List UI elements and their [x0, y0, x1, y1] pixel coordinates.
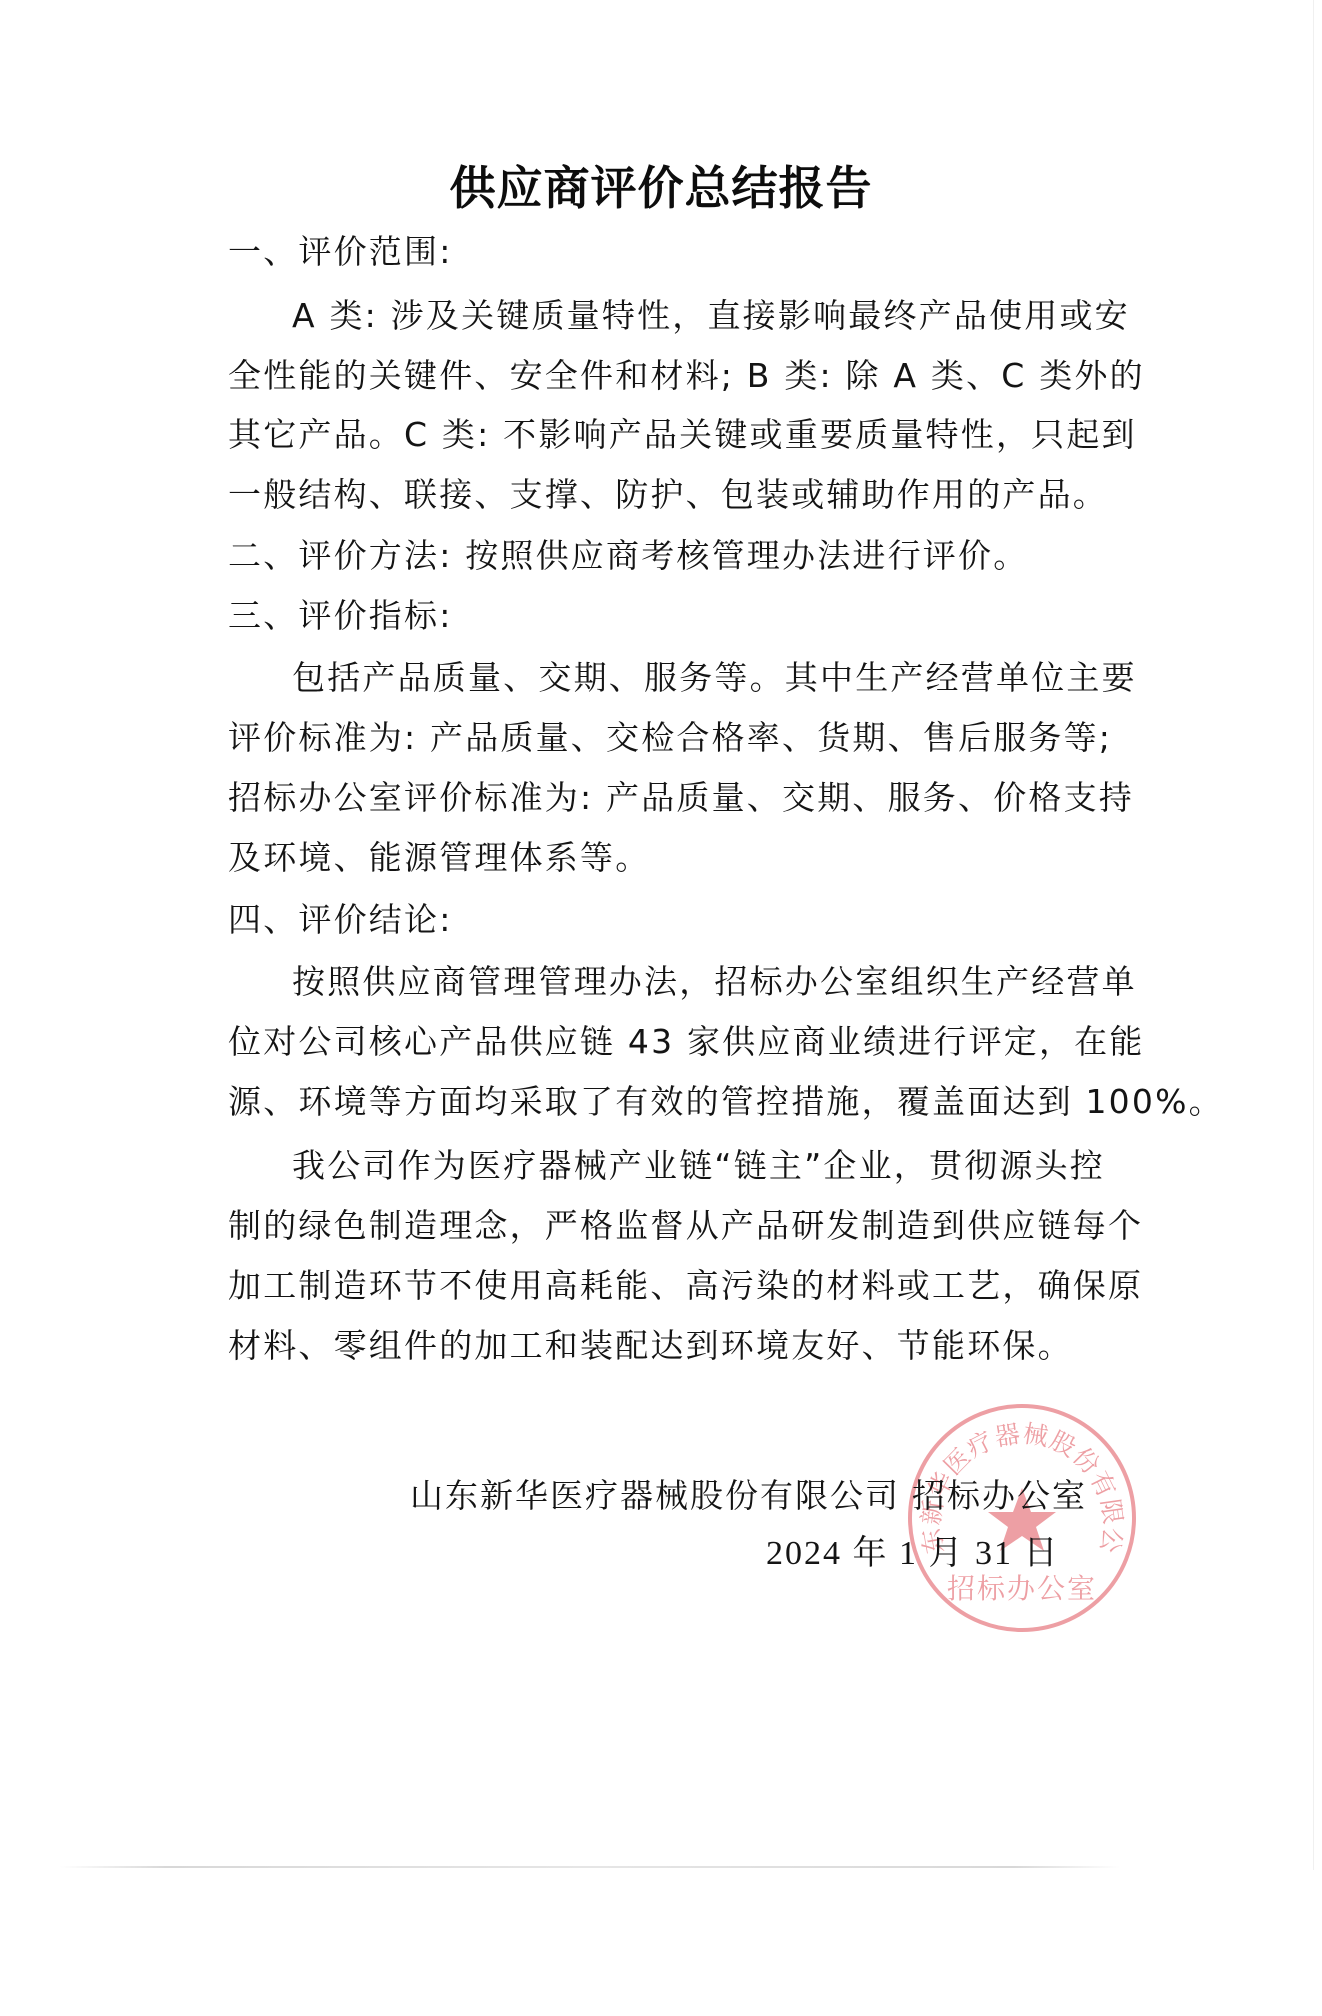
- scope-line-1: A 类: 涉及关键质量特性，直接影响最终产品使用或安: [292, 296, 1130, 336]
- scan-edge: [1313, 0, 1314, 1870]
- document-title: 供应商评价总结报告: [0, 152, 1322, 218]
- section-heading-conclusion: 四、评价结论:: [228, 900, 453, 940]
- stamp-center-text: 招标办公室: [947, 1572, 1097, 1605]
- conclusion-line-6: 加工制造环节不使用高耗能、高污染的材料或工艺，确保原: [228, 1266, 1143, 1306]
- scope-line-3: 其它产品。C 类: 不影响产品关键或重要质量特性，只起到: [228, 415, 1137, 455]
- scope-line-2: 全性能的关键件、安全件和材料; B 类: 除 A 类、C 类外的: [228, 356, 1145, 396]
- conclusion-line-5: 制的绿色制造理念，严格监督从产品研发制造到供应链每个: [228, 1206, 1143, 1246]
- signature-date: 2024 年 1 月 31 日: [766, 1534, 1060, 1574]
- signature-organization: 山东新华医疗器械股份有限公司: [410, 1476, 900, 1516]
- official-seal-stamp: 山东新华医疗器械股份有限公司 招标办公室: [904, 1400, 1140, 1636]
- section-heading-method: 二、评价方法: 按照供应商考核管理办法进行评价。: [228, 536, 1028, 576]
- indicators-line-3: 招标办公室评价标准为: 产品质量、交期、服务、价格支持: [228, 778, 1134, 818]
- conclusion-line-7: 材料、零组件的加工和装配达到环境友好、节能环保。: [228, 1326, 1073, 1366]
- indicators-line-4: 及环境、能源管理体系等。: [228, 838, 650, 878]
- document-page: 供应商评价总结报告 一、评价范围: A 类: 涉及关键质量特性，直接影响最终产品…: [0, 0, 1322, 2016]
- indicators-line-1: 包括产品质量、交期、服务等。其中生产经营单位主要: [292, 658, 1137, 698]
- scope-line-4: 一般结构、联接、支撑、防护、包装或辅助作用的产品。: [228, 475, 1108, 515]
- indicators-line-2: 评价标准为: 产品质量、交检合格率、货期、售后服务等;: [228, 718, 1112, 758]
- conclusion-line-4: 我公司作为医疗器械产业链“链主”企业，贯彻源头控: [292, 1146, 1105, 1186]
- section-heading-indicators: 三、评价指标:: [228, 596, 453, 636]
- signature-department: 招标办公室: [912, 1476, 1087, 1516]
- section-heading-scope: 一、评价范围:: [228, 232, 453, 272]
- scan-artifact-line: [60, 1866, 1120, 1868]
- conclusion-line-1: 按照供应商管理管理办法，招标办公室组织生产经营单: [292, 962, 1137, 1002]
- conclusion-line-2: 位对公司核心产品供应链 43 家供应商业绩进行评定，在能: [228, 1022, 1145, 1062]
- conclusion-line-3: 源、环境等方面均采取了有效的管控措施，覆盖面达到 100%。: [228, 1082, 1224, 1122]
